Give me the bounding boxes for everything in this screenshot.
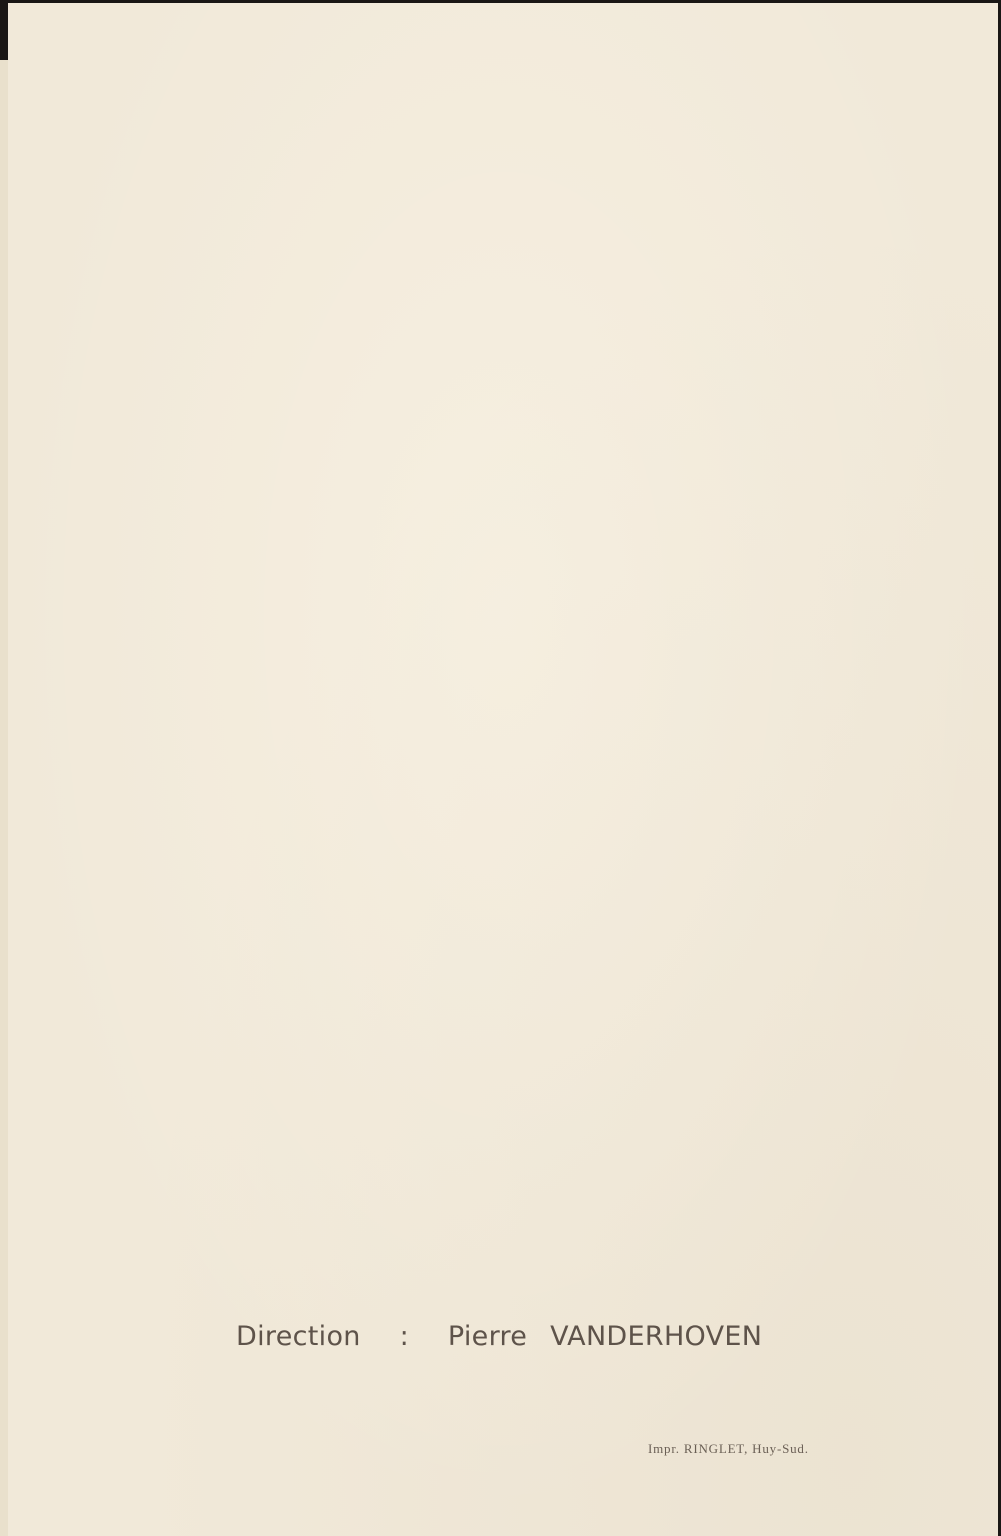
direction-label: Direction xyxy=(236,1321,361,1352)
paper-page: Direction : Pierre VANDERHOVEN Impr. RIN… xyxy=(8,3,998,1536)
printer-imprint: Impr. RINGLET, Huy-Sud. xyxy=(648,1441,809,1457)
direction-separator: : xyxy=(400,1321,409,1352)
direction-credit: Direction : Pierre VANDERHOVEN xyxy=(236,1321,762,1352)
director-first-name: Pierre xyxy=(448,1321,527,1352)
director-last-name: VANDERHOVEN xyxy=(550,1321,762,1352)
